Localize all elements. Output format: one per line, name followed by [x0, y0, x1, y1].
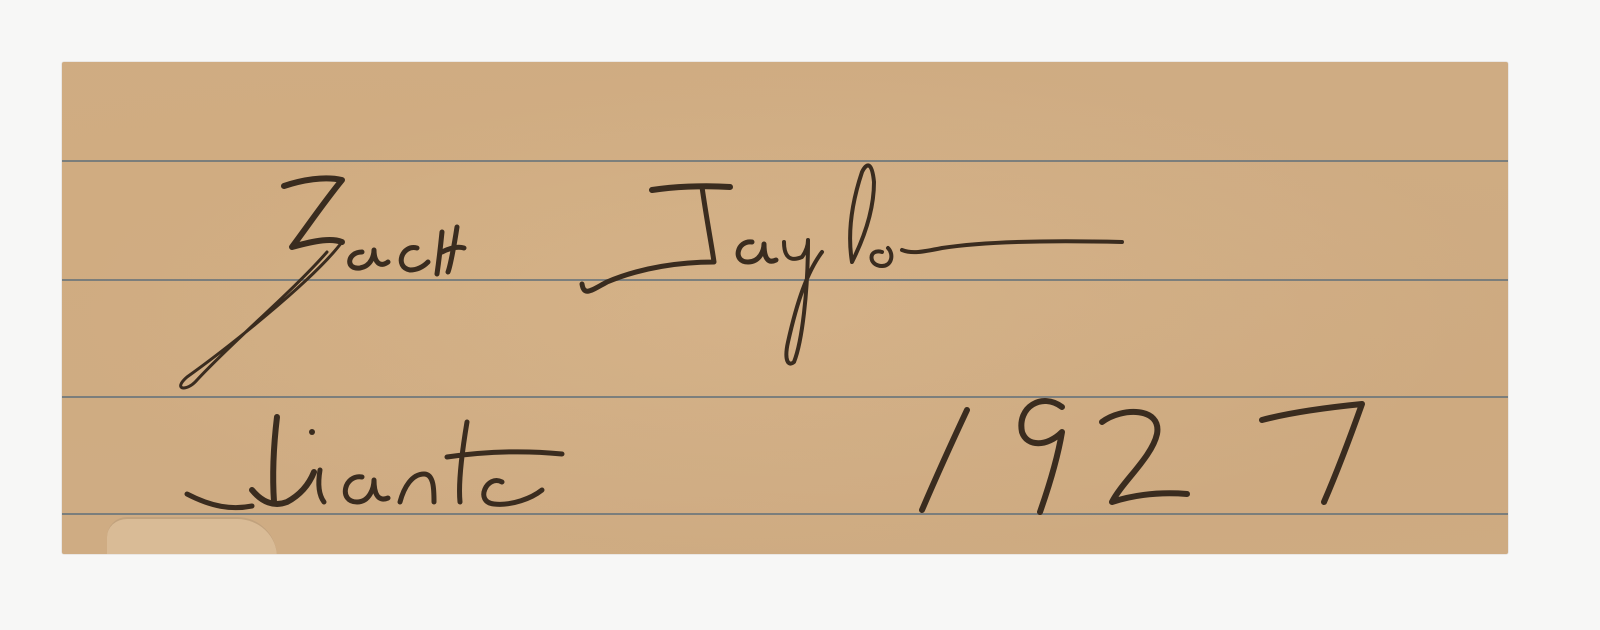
handwriting-ink: [62, 62, 1508, 554]
scan-background: Zack Taylor Giants 1927: [0, 0, 1600, 630]
paper-card: Zack Taylor Giants 1927: [62, 62, 1508, 554]
